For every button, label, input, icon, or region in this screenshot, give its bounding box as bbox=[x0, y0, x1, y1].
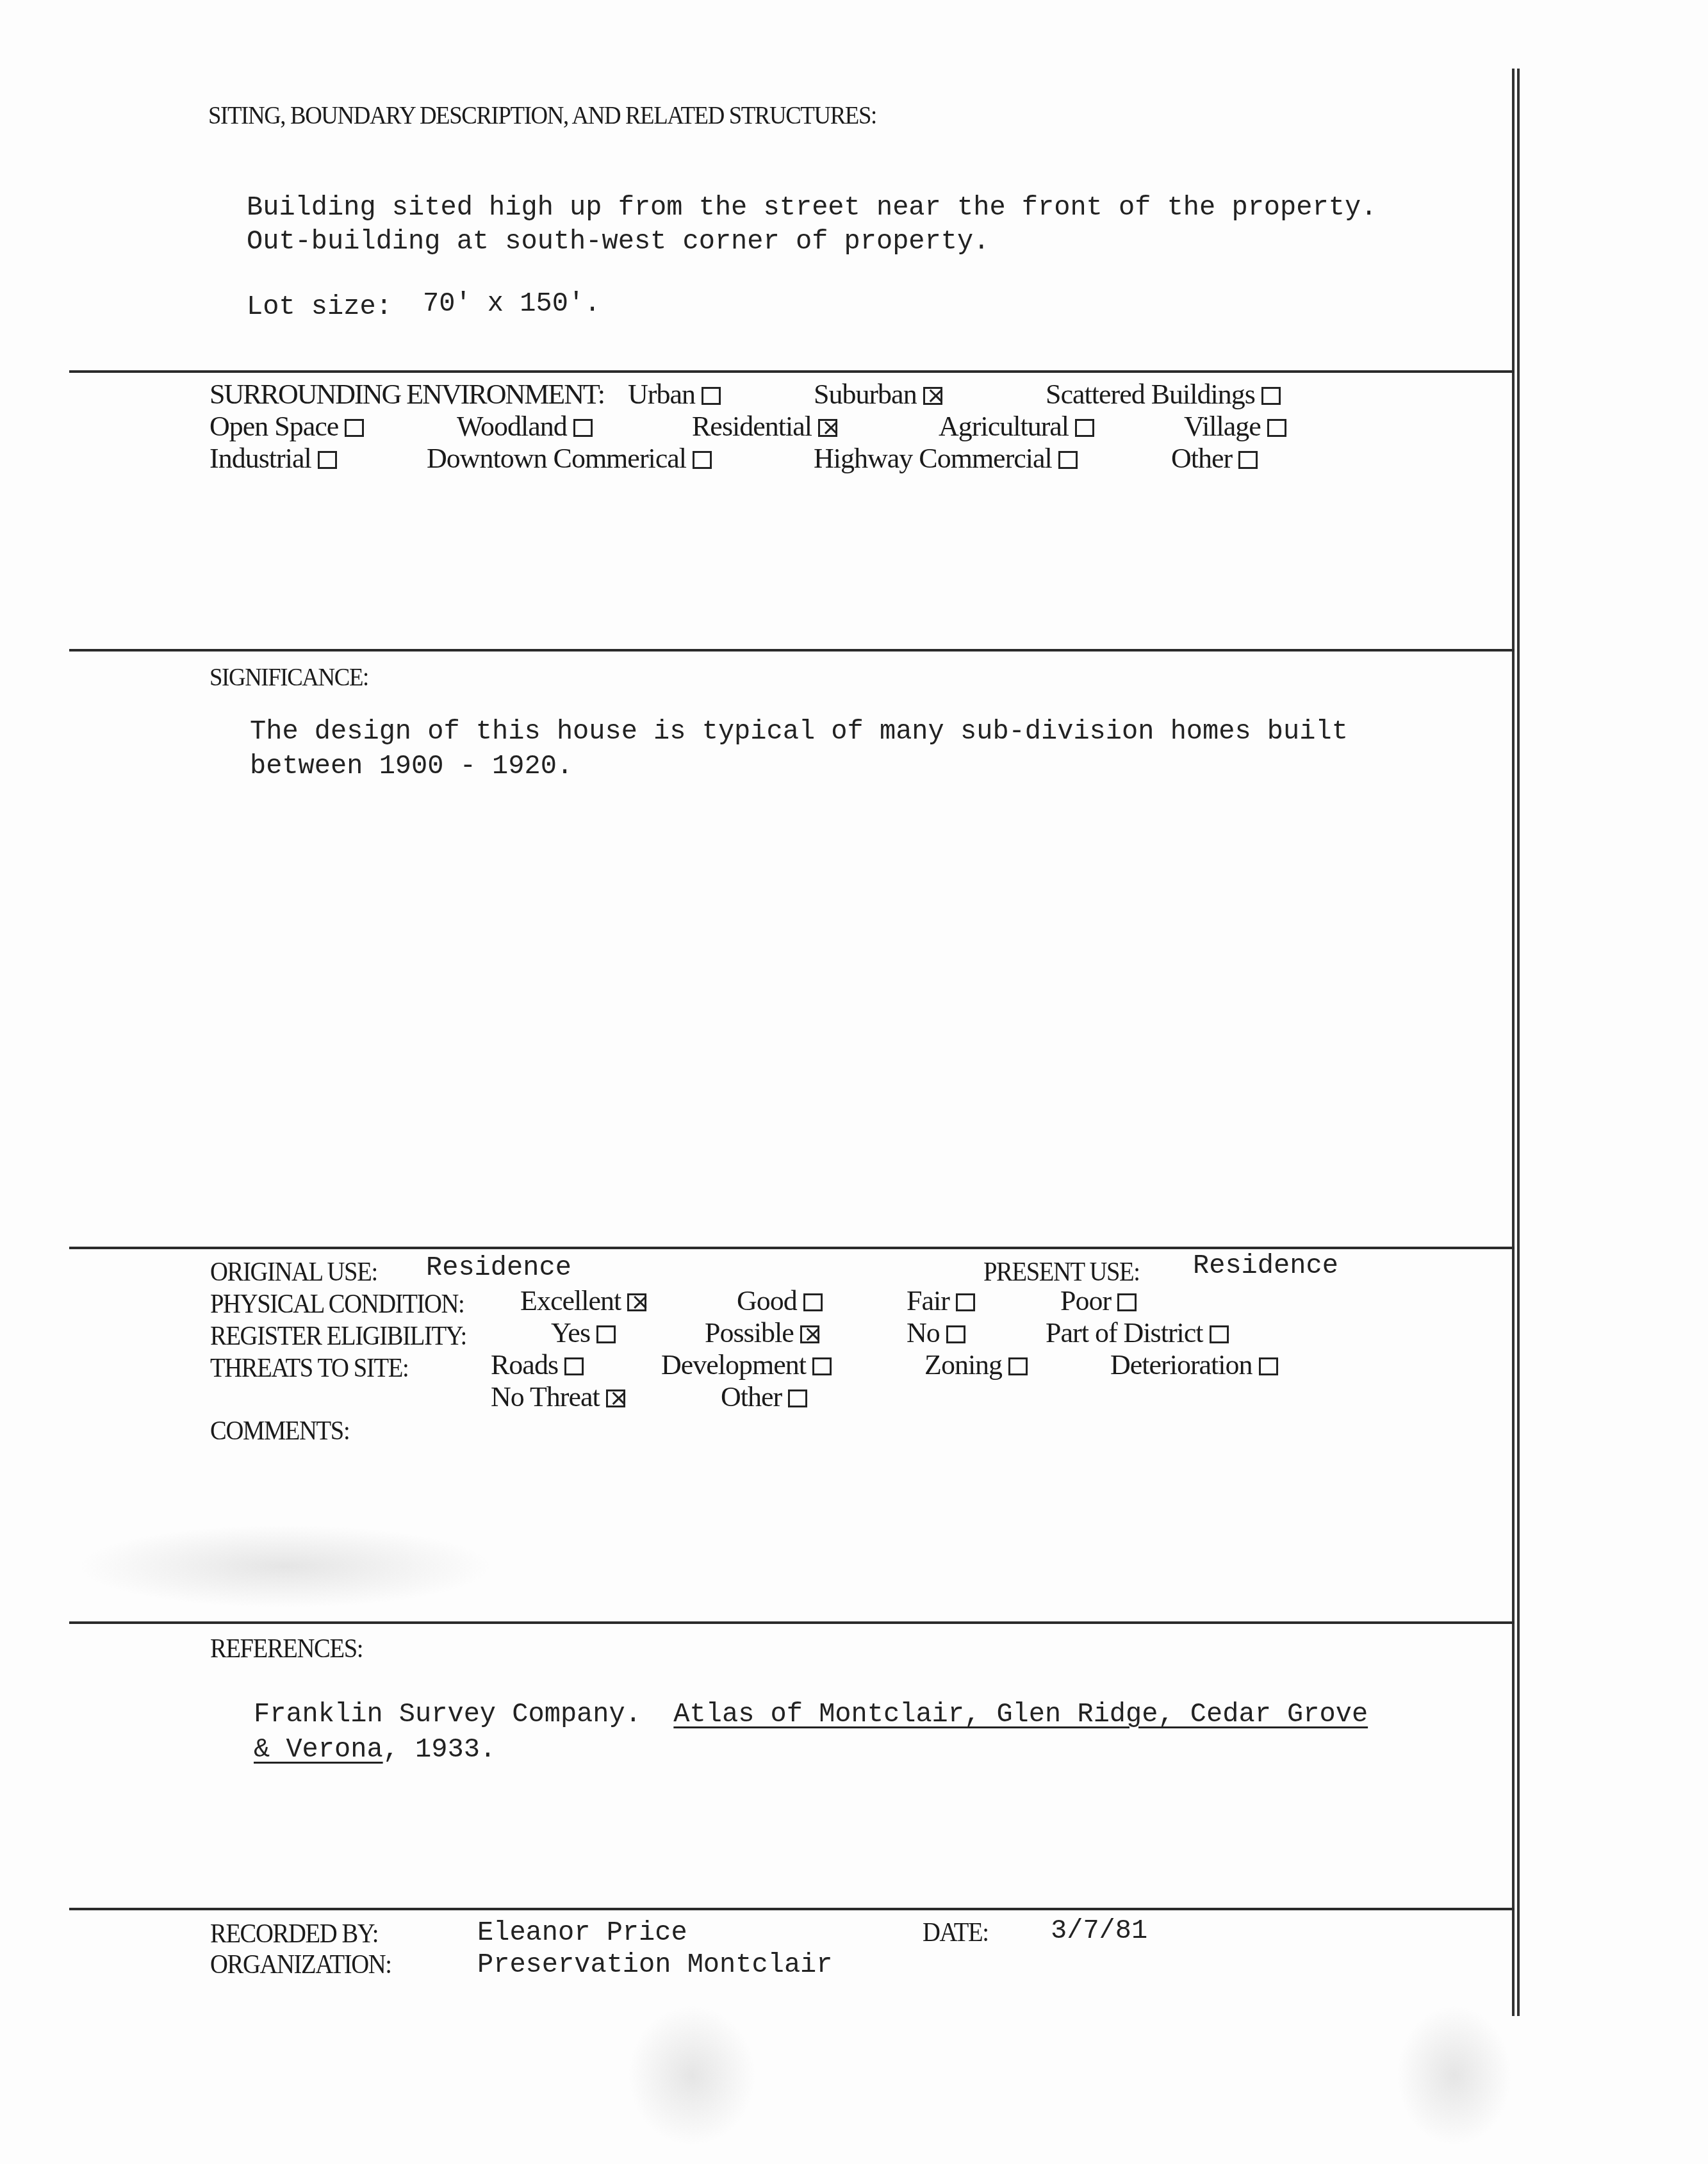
checkbox-highway-commercial[interactable] bbox=[1058, 451, 1078, 469]
checkbox-village[interactable] bbox=[1267, 419, 1286, 437]
checkbox-yes[interactable] bbox=[596, 1325, 616, 1343]
original-use-label: ORIGINAL USE: bbox=[210, 1257, 377, 1288]
references-heading: REFERENCES: bbox=[210, 1634, 363, 1664]
option-good[interactable]: Good bbox=[737, 1284, 823, 1317]
option-roads[interactable]: Roads bbox=[491, 1348, 584, 1381]
reference-author: Franklin Survey Company. bbox=[254, 1699, 641, 1730]
option-agricultural[interactable]: Agricultural bbox=[939, 410, 1094, 443]
threats-to-site-label: THREATS TO SITE: bbox=[210, 1353, 408, 1384]
checkbox-agricultural[interactable] bbox=[1075, 419, 1094, 437]
option-downtown-commercial[interactable]: Downtown Commerical bbox=[427, 442, 712, 475]
checkbox-other-environment[interactable] bbox=[1238, 451, 1258, 469]
siting-heading: SITING, BOUNDARY DESCRIPTION, AND RELATE… bbox=[208, 100, 876, 130]
checkbox-deterioration[interactable] bbox=[1259, 1357, 1278, 1375]
checkbox-poor[interactable] bbox=[1117, 1293, 1137, 1311]
lot-size-value: 70' x 150'. bbox=[423, 288, 600, 319]
option-development[interactable]: Development bbox=[661, 1348, 832, 1381]
checkbox-urban[interactable] bbox=[702, 387, 721, 405]
lot-size-label: Lot size: bbox=[247, 291, 392, 322]
scan-smudge bbox=[628, 2005, 756, 2146]
checkbox-open-space[interactable] bbox=[345, 419, 364, 437]
option-highway-commercial[interactable]: Highway Commercial bbox=[814, 442, 1078, 475]
significance-text-line-2: between 1900 - 1920. bbox=[250, 751, 573, 782]
organization-label: ORGANIZATION: bbox=[210, 1949, 391, 1980]
siting-text-line-2: Out-building at south-west corner of pro… bbox=[247, 226, 989, 257]
physical-condition-label: PHYSICAL CONDITION: bbox=[210, 1289, 464, 1320]
checkbox-residential-checked[interactable] bbox=[818, 419, 837, 437]
checkbox-downtown-commercial[interactable] bbox=[693, 451, 712, 469]
option-residential[interactable]: Residential bbox=[692, 410, 837, 443]
checkbox-suburban-checked[interactable] bbox=[923, 387, 942, 405]
date-label: DATE: bbox=[923, 1917, 989, 1948]
option-part-of-district[interactable]: Part of District bbox=[1046, 1316, 1229, 1349]
checkbox-no[interactable] bbox=[946, 1325, 965, 1343]
scan-smudge bbox=[1397, 2005, 1512, 2146]
checkbox-good[interactable] bbox=[803, 1293, 823, 1311]
checkbox-zoning[interactable] bbox=[1008, 1357, 1028, 1375]
option-industrial[interactable]: Industrial bbox=[209, 442, 337, 475]
section-divider bbox=[69, 1908, 1515, 1910]
reference-title: Atlas of Montclair, Glen Ridge, Cedar Gr… bbox=[673, 1699, 1368, 1730]
surrounding-env-heading: SURROUNDING ENVIRONMENT: bbox=[209, 379, 604, 410]
scan-smudge bbox=[77, 1525, 493, 1608]
reference-line-2: & Verona, 1933. bbox=[254, 1734, 496, 1765]
siting-text-line-1: Building sited high up from the street n… bbox=[247, 192, 1377, 223]
checkbox-scattered-buildings[interactable] bbox=[1261, 387, 1281, 405]
option-suburban[interactable]: Suburban bbox=[814, 378, 942, 411]
section-divider bbox=[69, 1247, 1515, 1249]
checkbox-other-threat[interactable] bbox=[788, 1389, 807, 1407]
option-deterioration[interactable]: Deterioration bbox=[1110, 1348, 1278, 1381]
surrounding-env-row-1: SURROUNDING ENVIRONMENT: bbox=[209, 378, 604, 411]
checkbox-fair[interactable] bbox=[956, 1293, 975, 1311]
checkbox-no-threat-checked[interactable] bbox=[606, 1389, 625, 1407]
option-possible[interactable]: Possible bbox=[705, 1316, 819, 1349]
checkbox-industrial[interactable] bbox=[318, 451, 337, 469]
present-use-label: PRESENT USE: bbox=[983, 1257, 1140, 1288]
recorded-by-label: RECORDED BY: bbox=[210, 1919, 378, 1949]
option-urban[interactable]: Urban bbox=[628, 378, 721, 411]
checkbox-possible-checked[interactable] bbox=[800, 1325, 819, 1343]
reference-title-cont: & Verona bbox=[254, 1734, 383, 1765]
option-fair[interactable]: Fair bbox=[907, 1284, 975, 1317]
section-divider bbox=[69, 370, 1515, 373]
option-zoning[interactable]: Zoning bbox=[924, 1348, 1028, 1381]
checkbox-woodland[interactable] bbox=[573, 419, 593, 437]
register-eligibility-label: REGISTER ELIGIBILITY: bbox=[210, 1321, 466, 1352]
checkbox-excellent-checked[interactable] bbox=[627, 1293, 646, 1311]
option-woodland[interactable]: Woodland bbox=[457, 410, 593, 443]
option-excellent[interactable]: Excellent bbox=[520, 1284, 646, 1317]
option-other-environment[interactable]: Other bbox=[1171, 442, 1258, 475]
option-no[interactable]: No bbox=[907, 1316, 965, 1349]
checkbox-roads[interactable] bbox=[564, 1357, 584, 1375]
option-yes[interactable]: Yes bbox=[551, 1316, 616, 1349]
survey-form-page: SITING, BOUNDARY DESCRIPTION, AND RELATE… bbox=[0, 0, 1708, 2164]
checkbox-part-of-district[interactable] bbox=[1210, 1325, 1229, 1343]
option-village[interactable]: Village bbox=[1184, 410, 1286, 443]
section-divider bbox=[69, 649, 1515, 652]
present-use-value: Residence bbox=[1193, 1250, 1338, 1281]
reference-year: , 1933. bbox=[383, 1734, 496, 1765]
option-no-threat[interactable]: No Threat bbox=[491, 1381, 625, 1413]
option-other-threat[interactable]: Other bbox=[721, 1381, 807, 1413]
significance-heading: SIGNIFICANCE: bbox=[209, 662, 368, 692]
comments-label: COMMENTS: bbox=[210, 1416, 349, 1447]
original-use-value: Residence bbox=[426, 1252, 571, 1283]
right-border-rule-outer bbox=[1512, 69, 1515, 2016]
recorded-by-value: Eleanor Price bbox=[477, 1917, 687, 1948]
reference-line-1: Franklin Survey Company. Atlas of Montcl… bbox=[254, 1699, 1368, 1730]
organization-value: Preservation Montclair bbox=[477, 1949, 833, 1980]
checkbox-development[interactable] bbox=[812, 1357, 832, 1375]
option-poor[interactable]: Poor bbox=[1060, 1284, 1137, 1317]
option-open-space[interactable]: Open Space bbox=[209, 410, 364, 443]
section-divider bbox=[69, 1621, 1515, 1624]
right-border-rule-inner bbox=[1517, 69, 1520, 2016]
date-value: 3/7/81 bbox=[1051, 1915, 1147, 1946]
significance-text-line-1: The design of this house is typical of m… bbox=[250, 716, 1348, 747]
option-scattered-buildings[interactable]: Scattered Buildings bbox=[1046, 378, 1281, 411]
